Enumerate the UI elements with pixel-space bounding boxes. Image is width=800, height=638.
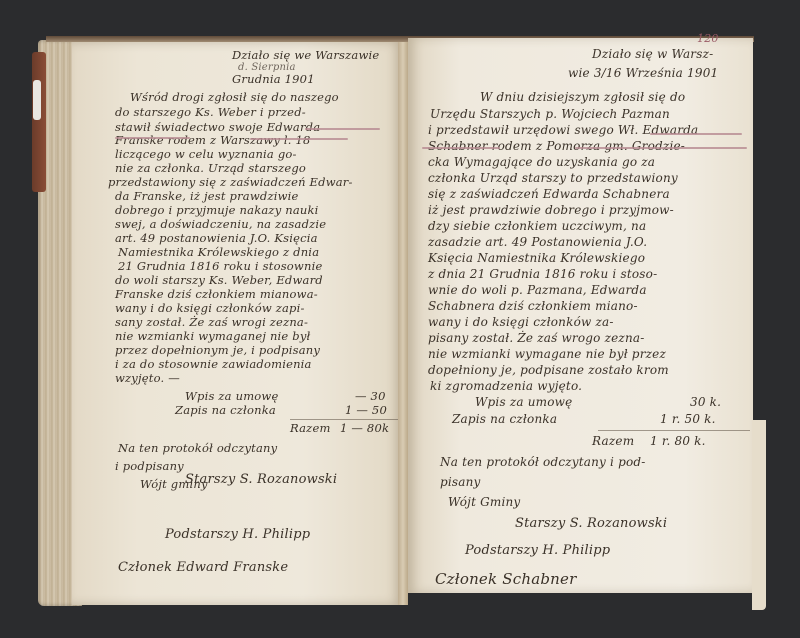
left-body-line: Wśród drogi zgłosił się do naszego	[130, 90, 339, 104]
red-underline	[575, 147, 747, 149]
right-fee-label: Wpis za umowę	[475, 395, 572, 409]
right-body-line: członka Urząd starszy to przedstawiony	[428, 171, 678, 185]
left-body-line: do starszego Ks. Weber i przed-	[115, 105, 306, 119]
left-body-line: swej, a doświadczeniu, na zasadzie	[115, 217, 326, 231]
right-body-line: Schabner rodem z Pomorza gm. Grodzie-	[428, 139, 685, 153]
left-closing-line: i podpisany	[115, 459, 184, 473]
right-signature-czlonek: Członek Schabner	[435, 570, 576, 588]
right-signature-podstarszy: Podstarszy H. Philipp	[465, 543, 610, 558]
right-fee-label: Zapis na członka	[452, 412, 557, 426]
right-fee-amount: 1 r. 50 k.	[660, 412, 716, 426]
right-body-line: zasadzie art. 49 Postanowienia J.O.	[428, 235, 647, 249]
right-closing-line: Na ten protokół odczytany i pod-	[440, 455, 646, 469]
left-body-line: nie wzmianki wymaganej nie był	[115, 329, 310, 343]
left-body-line: 21 Grudnia 1816 roku i stosownie	[118, 259, 322, 273]
bookmark-tab	[33, 80, 41, 120]
left-fee-label: Zapis na członka	[175, 403, 276, 417]
left-body-line: sany został. Że zaś wrogi zezna-	[115, 315, 308, 329]
left-body-line: do woli starszy Ks. Weber, Edward	[115, 273, 323, 287]
right-body-line: Schabnera dziś członkiem miano-	[428, 299, 638, 313]
right-body-line: dzy siebie członkiem uczciwym, na	[428, 219, 646, 233]
ledger-spread: Działo się we Warszawie d. Sierpnia Grud…	[0, 0, 800, 638]
left-body-line: dobrego i przyjmuje nakazy nauki	[115, 203, 319, 217]
red-underline	[115, 137, 190, 139]
leather-cover-edge	[32, 52, 46, 192]
right-fee-amount: 1 r. 80 k.	[650, 434, 706, 448]
loose-leaf-flap	[752, 420, 766, 610]
sum-rule	[290, 419, 400, 420]
left-body-line: art. 49 postanowienia J.O. Księcia	[115, 231, 318, 245]
left-body-line: da Franske, iż jest prawdziwie	[115, 189, 299, 203]
left-body-line: i za do stosownie zawiadomienia	[115, 357, 312, 371]
right-body-line: pisany został. Że zaś wrogo zezna-	[428, 331, 645, 345]
left-body-line: nie za członka. Urząd starszego	[115, 161, 306, 175]
left-header-line: Grudnia 1901	[232, 72, 315, 86]
right-signature-starszy: Starszy S. Rozanowski	[515, 516, 667, 531]
red-underline	[650, 133, 742, 135]
left-header-line: Działo się we Warszawie	[232, 48, 379, 62]
book-gutter	[398, 42, 408, 605]
left-fee-label: Razem	[290, 421, 331, 435]
left-fee-amount: 1 — 80k	[340, 421, 389, 435]
right-body-line: wnie do woli p. Pazmana, Edwarda	[428, 283, 647, 297]
left-body-line: Franske dziś członkiem mianowa-	[115, 287, 318, 301]
right-body-line: Urzędu Starszych p. Wojciech Pazman	[430, 107, 670, 121]
left-signature-podstarszy: Podstarszy H. Philipp	[165, 527, 310, 542]
right-header-line: Działo się w Warsz-	[592, 47, 713, 61]
left-body-line: wzyjęto. —	[115, 371, 180, 385]
left-fee-amount: — 30	[355, 389, 386, 403]
right-body-line: iż jest prawdziwie dobrego i przyjmow-	[428, 203, 674, 217]
red-underline	[305, 128, 380, 130]
right-closing-line: pisany	[440, 475, 481, 489]
left-body-line: liczącego w celu wyznania go-	[115, 147, 297, 161]
right-body-line: W dniu dzisiejszym zgłosił się do	[480, 90, 685, 104]
left-signature-czlonek: Członek Edward Franske	[118, 560, 288, 575]
right-body-line: z dnia 21 Grudnia 1816 roku i stoso-	[428, 267, 657, 281]
left-fee-amount: 1 — 50	[345, 403, 387, 417]
left-body-line: wany i do księgi członków zapi-	[115, 301, 305, 315]
right-body-line: się z zaświadczeń Edwarda Schabnera	[428, 187, 670, 201]
left-body-line: przedstawiony się z zaświadczeń Edwar-	[108, 175, 353, 189]
left-signature-starszy: Starszy S. Rozanowski	[185, 472, 337, 487]
right-header-line: wie 3/16 Września 1901	[568, 66, 718, 80]
red-underline	[422, 147, 500, 149]
right-body-line: cka Wymagające do uzyskania go za	[428, 155, 655, 169]
right-body-line: ki zgromadzenia wyjęto.	[430, 379, 582, 393]
sum-rule	[598, 430, 750, 431]
left-body-line: Namiestnika Królewskiego z dnia	[118, 245, 319, 259]
right-body-line: Księcia Namiestnika Królewskiego	[428, 251, 645, 265]
red-underline	[250, 138, 348, 140]
left-body-line: Franske rodem z Warszawy l. 18	[115, 133, 311, 147]
right-body-line: nie wzmianki wymagane nie był przez	[428, 347, 666, 361]
left-body-line: stawił świadectwo swoje Edwarda	[115, 120, 320, 134]
right-body-line: wany i do księgi członków za-	[428, 315, 614, 329]
right-closing-line: Wójt Gminy	[448, 495, 520, 509]
right-fee-amount: 30 k.	[690, 395, 721, 409]
left-fee-label: Wpis za umowę	[185, 389, 278, 403]
left-body-line: przez dopełnionym je, i podpisany	[115, 343, 320, 357]
page-number: 120	[697, 32, 719, 45]
left-closing-line: Na ten protokół odczytany	[118, 441, 277, 455]
right-body-line: dopełniony je, podpisane zostało krom	[428, 363, 669, 377]
right-fee-label: Razem	[592, 434, 634, 448]
